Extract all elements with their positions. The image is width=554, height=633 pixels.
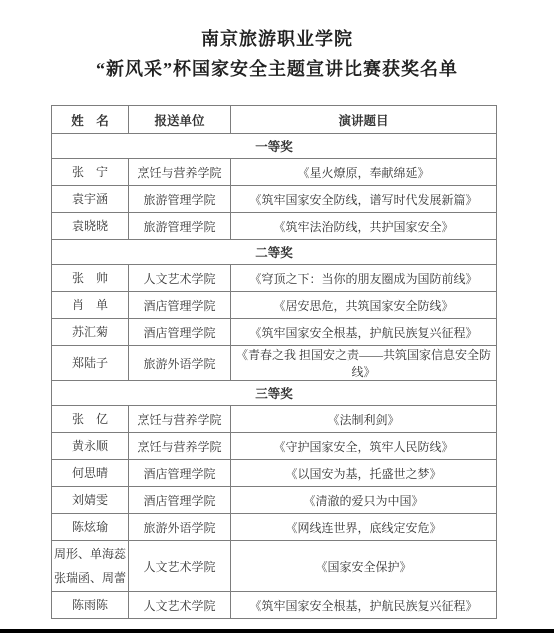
table-header-row: 姓 名 报送单位 演讲题目: [52, 106, 497, 134]
reporting-unit-cell: 烹饪与营养学院: [129, 159, 231, 186]
table-row: 何思晴酒店管理学院《以国安为基，托盛世之梦》: [52, 460, 497, 487]
winner-name-cell: 袁宇涵: [52, 186, 129, 213]
table-row: 张 帅人文艺术学院《穹顶之下：当你的朋友圈成为国防前线》: [52, 265, 497, 292]
document-title-line1: 南京旅游职业学院: [0, 24, 554, 54]
speech-topic-cell: 《守护国家安全，筑牢人民防线》: [231, 433, 497, 460]
reporting-unit-cell: 人文艺术学院: [129, 265, 231, 292]
table-row: 袁晓晓旅游管理学院《筑牢法治防线，共护国家安全》: [52, 213, 497, 240]
document-title: 南京旅游职业学院 “新风采”杯国家安全主题宣讲比赛获奖名单: [0, 24, 554, 84]
prize-section-row: 二等奖: [52, 240, 497, 265]
speech-topic-cell: 《居安思危，共筑国家安全防线》: [231, 292, 497, 319]
table-row: 苏汇菊酒店管理学院《筑牢国家安全根基，护航民族复兴征程》: [52, 319, 497, 346]
reporting-unit-cell: 酒店管理学院: [129, 319, 231, 346]
speech-topic-cell: 《筑牢国家安全防线，谱写时代发展新篇》: [231, 186, 497, 213]
winner-name-cell: 张 帅: [52, 265, 129, 292]
winner-name-cell: 周形、单海蕊 张瑞函、周蕾: [52, 541, 129, 592]
speech-topic-cell: 《筑牢国家安全根基，护航民族复兴征程》: [231, 592, 497, 619]
table-row: 周形、单海蕊 张瑞函、周蕾人文艺术学院《国家安全保护》: [52, 541, 497, 592]
table-row: 黄永顺烹饪与营养学院《守护国家安全，筑牢人民防线》: [52, 433, 497, 460]
reporting-unit-cell: 旅游外语学院: [129, 346, 231, 381]
table-row: 陈雨陈人文艺术学院《筑牢国家安全根基，护航民族复兴征程》: [52, 592, 497, 619]
speech-topic-cell: 《国家安全保护》: [231, 541, 497, 592]
table-row: 郑陆子旅游外语学院《青春之我 担国安之责——共筑国家信息安全防线》: [52, 346, 497, 381]
prize-section-label: 二等奖: [52, 240, 497, 265]
column-header-name: 姓 名: [52, 106, 129, 134]
prize-section-row: 一等奖: [52, 134, 497, 159]
awards-table-body: 一等奖张 宁烹饪与营养学院《星火燎原，奉献绵延》袁宇涵旅游管理学院《筑牢国家安全…: [52, 134, 497, 619]
speech-topic-cell: 《青春之我 担国安之责——共筑国家信息安全防线》: [231, 346, 497, 381]
winner-name-cell: 郑陆子: [52, 346, 129, 381]
document-page: 南京旅游职业学院 “新风采”杯国家安全主题宣讲比赛获奖名单 姓 名 报送单位 演…: [0, 0, 554, 633]
winner-name-cell: 张 宁: [52, 159, 129, 186]
speech-topic-cell: 《法制利剑》: [231, 406, 497, 433]
table-row: 袁宇涵旅游管理学院《筑牢国家安全防线，谱写时代发展新篇》: [52, 186, 497, 213]
speech-topic-cell: 《筑牢国家安全根基，护航民族复兴征程》: [231, 319, 497, 346]
table-row: 张 亿烹饪与营养学院《法制利剑》: [52, 406, 497, 433]
table-row: 张 宁烹饪与营养学院《星火燎原，奉献绵延》: [52, 159, 497, 186]
table-row: 刘婧雯酒店管理学院《清澈的爱只为中国》: [52, 487, 497, 514]
column-header-topic: 演讲题目: [231, 106, 497, 134]
table-row: 陈炫瑜旅游外语学院《网线连世界，底线定安危》: [52, 514, 497, 541]
reporting-unit-cell: 酒店管理学院: [129, 460, 231, 487]
reporting-unit-cell: 烹饪与营养学院: [129, 433, 231, 460]
reporting-unit-cell: 旅游管理学院: [129, 213, 231, 240]
reporting-unit-cell: 酒店管理学院: [129, 292, 231, 319]
winner-name-cell: 陈雨陈: [52, 592, 129, 619]
winner-name-cell: 何思晴: [52, 460, 129, 487]
reporting-unit-cell: 旅游管理学院: [129, 186, 231, 213]
winner-name-cell: 肖 单: [52, 292, 129, 319]
prize-section-row: 三等奖: [52, 381, 497, 406]
speech-topic-cell: 《星火燎原，奉献绵延》: [231, 159, 497, 186]
winner-name-cell: 张 亿: [52, 406, 129, 433]
reporting-unit-cell: 人文艺术学院: [129, 541, 231, 592]
winner-name-cell: 袁晓晓: [52, 213, 129, 240]
table-row: 肖 单酒店管理学院《居安思危，共筑国家安全防线》: [52, 292, 497, 319]
reporting-unit-cell: 酒店管理学院: [129, 487, 231, 514]
prize-section-label: 三等奖: [52, 381, 497, 406]
column-header-unit: 报送单位: [129, 106, 231, 134]
awards-table: 姓 名 报送单位 演讲题目 一等奖张 宁烹饪与营养学院《星火燎原，奉献绵延》袁宇…: [51, 105, 497, 619]
speech-topic-cell: 《穹顶之下：当你的朋友圈成为国防前线》: [231, 265, 497, 292]
bottom-edge-bar: [0, 629, 554, 633]
speech-topic-cell: 《以国安为基，托盛世之梦》: [231, 460, 497, 487]
speech-topic-cell: 《清澈的爱只为中国》: [231, 487, 497, 514]
reporting-unit-cell: 烹饪与营养学院: [129, 406, 231, 433]
winner-name-cell: 黄永顺: [52, 433, 129, 460]
winner-name-cell: 刘婧雯: [52, 487, 129, 514]
reporting-unit-cell: 人文艺术学院: [129, 592, 231, 619]
speech-topic-cell: 《筑牢法治防线，共护国家安全》: [231, 213, 497, 240]
winner-name-cell: 陈炫瑜: [52, 514, 129, 541]
speech-topic-cell: 《网线连世界，底线定安危》: [231, 514, 497, 541]
reporting-unit-cell: 旅游外语学院: [129, 514, 231, 541]
document-title-line2: “新风采”杯国家安全主题宣讲比赛获奖名单: [0, 54, 554, 84]
prize-section-label: 一等奖: [52, 134, 497, 159]
winner-name-cell: 苏汇菊: [52, 319, 129, 346]
